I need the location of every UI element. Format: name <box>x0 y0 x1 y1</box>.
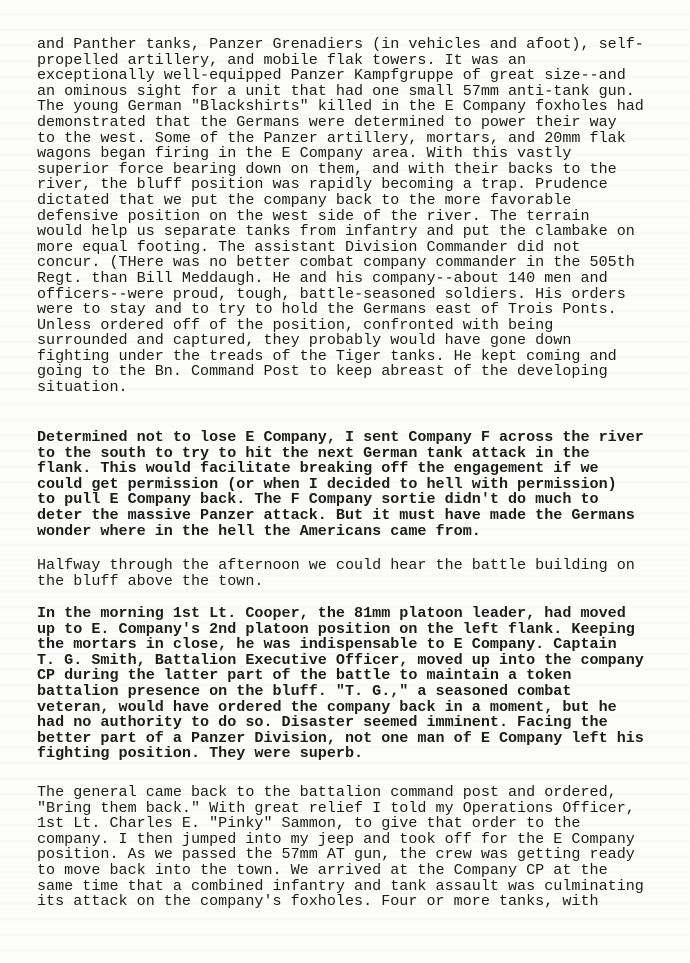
text-line: wonder where in the hell the Americans c… <box>37 524 673 540</box>
paragraph-morning-cooper: In the morning 1st Lt. Cooper, the 81mm … <box>37 606 673 762</box>
text-line: its attack on the company's foxholes. Fo… <box>37 894 673 910</box>
text-line: situation. <box>37 380 673 396</box>
paragraph-general-orders: The general came back to the battalion c… <box>37 785 673 910</box>
paragraph-company-f-sortie: Determined not to lose E Company, I sent… <box>37 430 673 539</box>
paragraph-afternoon-battle: Halfway through the afternoon we could h… <box>37 558 673 589</box>
text-line: going to the Bn. Command Post to keep ab… <box>37 364 673 380</box>
paragraph-panzer-kampfgruppe: and Panther tanks, Panzer Grenadiers (in… <box>37 37 673 396</box>
text-line: the bluff above the town. <box>37 574 673 590</box>
document-page: and Panther tanks, Panzer Grenadiers (in… <box>0 0 690 963</box>
text-line: fighting position. They were superb. <box>37 746 673 762</box>
